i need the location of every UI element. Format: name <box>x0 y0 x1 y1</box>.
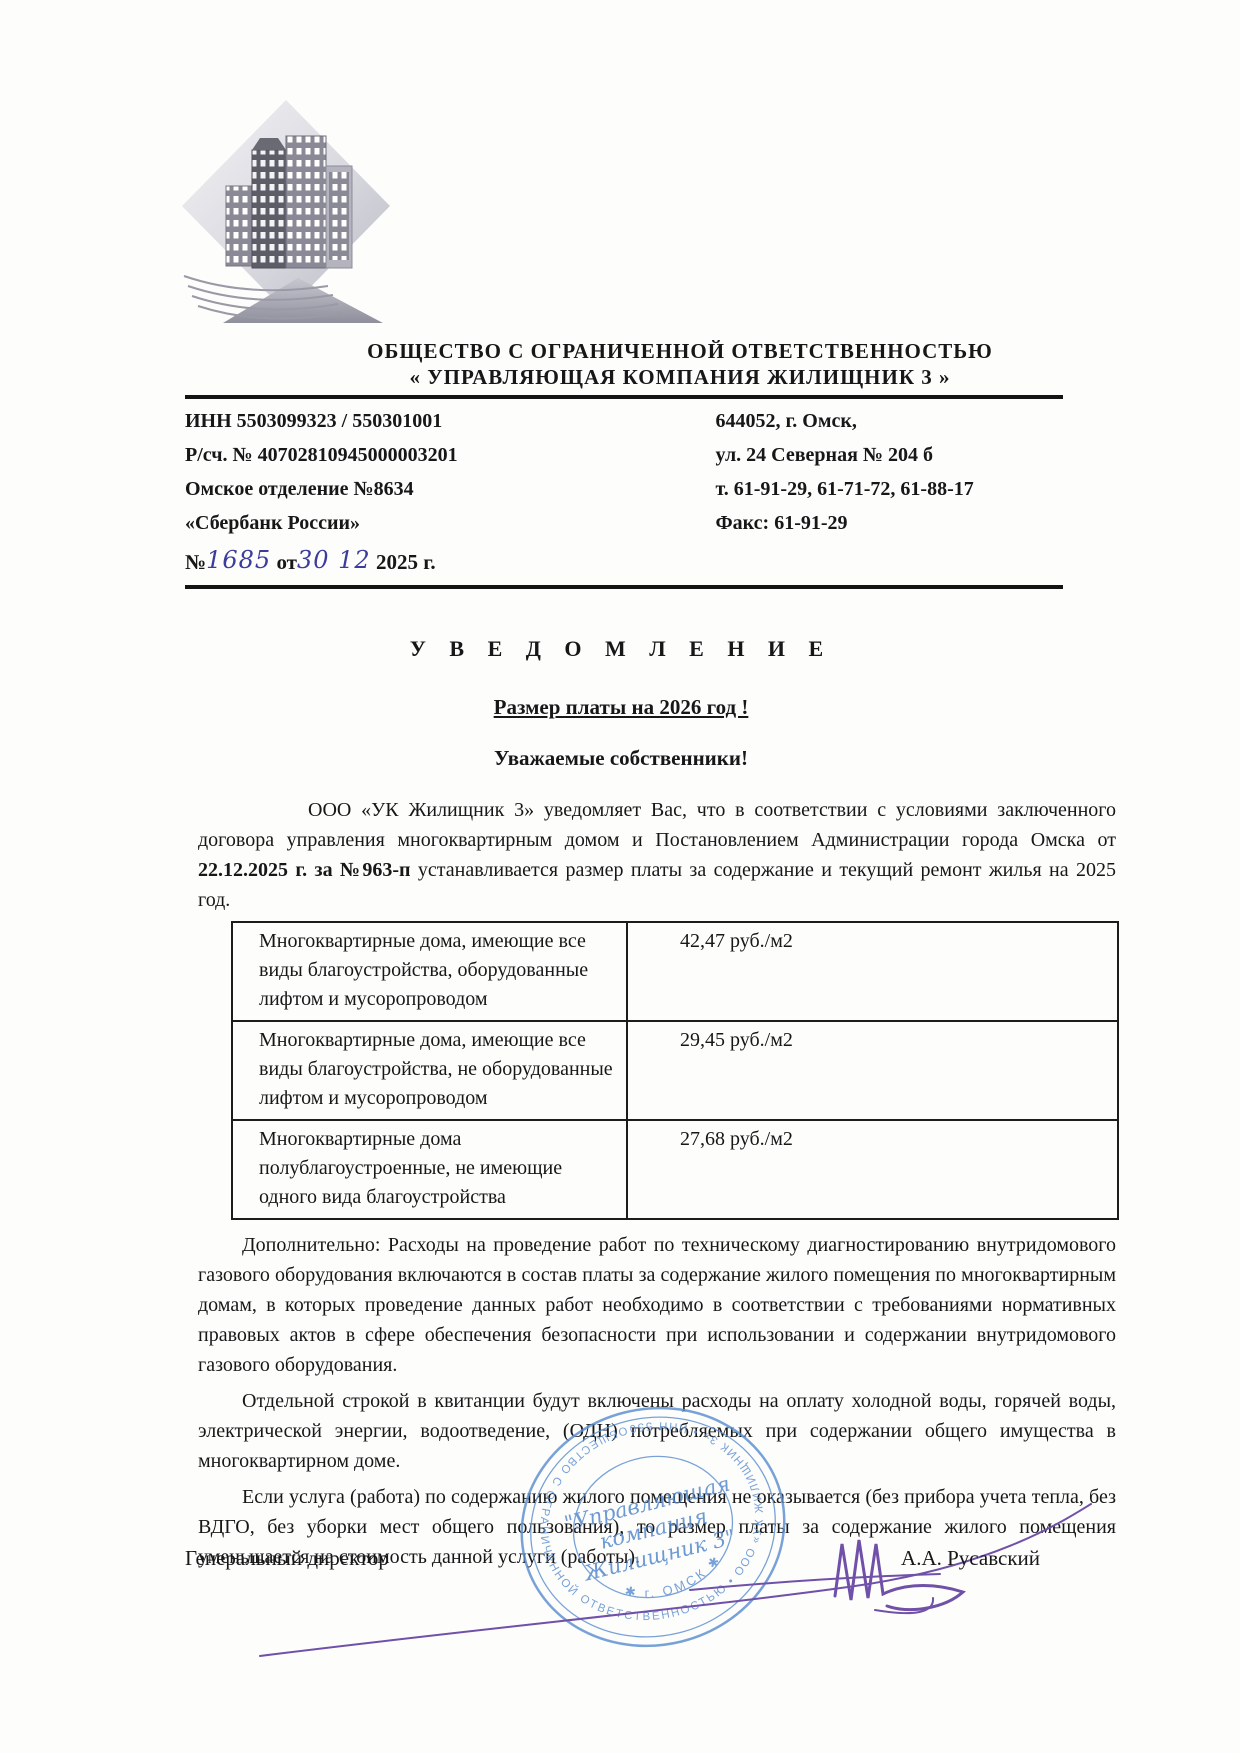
inn-line: ИНН 5503099323 / 550301001 <box>185 404 685 438</box>
intro-paragraph: ООО «УК Жилищник 3» уведомляет Вас, что … <box>198 795 1116 915</box>
house-type-cell: Многоквартирные дома, имеющие все виды б… <box>232 922 627 1021</box>
salutation: Уважаемые собственники! <box>198 746 1116 771</box>
bank-branch-line: Омское отделение №8634 <box>185 472 685 506</box>
rates-table: Многоквартирные дома, имеющие все виды б… <box>231 921 1119 1220</box>
doc-number-line: №1685 от30 12 2025 г. <box>185 543 1063 580</box>
contacts-right: 644052, г. Омск, ул. 24 Северная № 204 б… <box>685 404 1063 540</box>
utilities-paragraph: Отдельной строкой в квитанции будут вклю… <box>198 1386 1116 1476</box>
house-type-cell: Многоквартирные дома, имеющие все виды б… <box>232 1021 627 1120</box>
signature-block: Генеральный директор А.А. Русавский <box>185 1546 1040 1571</box>
notice-title: У В Е Д О М Л Е Н И Е <box>198 636 1116 662</box>
street-line: ул. 24 Северная № 204 б <box>715 438 1063 472</box>
company-logo <box>178 98 398 338</box>
notice-subtitle: Размер платы на 2026 год ! <box>198 695 1116 720</box>
table-row: Многоквартирные дома, имеющие все виды б… <box>232 1021 1118 1120</box>
letterhead: ОБЩЕСТВО С ОГРАНИЧЕННОЙ ОТВЕТСТВЕННОСТЬЮ… <box>185 338 1063 589</box>
org-name-line2: « УПРАВЛЯЮЩАЯ КОМПАНИЯ ЖИЛИЩНИК 3 » <box>185 364 1063 390</box>
intro-text-pre: ООО «УК Жилищник 3» уведомляет Вас, что … <box>198 799 1116 851</box>
additional-paragraph: Дополнительно: Расходы на проведение раб… <box>198 1230 1116 1380</box>
house-type-cell: Многоквартирные дома полублагоустроенные… <box>232 1120 627 1219</box>
postal-city-line: 644052, г. Омск, <box>715 404 1063 438</box>
doc-no-prefix: № <box>185 550 206 574</box>
director-label: Генеральный директор <box>185 1546 389 1571</box>
letter-body: У В Е Д О М Л Е Н И Е Размер платы на 20… <box>198 636 1116 1572</box>
org-name-line1: ОБЩЕСТВО С ОГРАНИЧЕННОЙ ОТВЕТСТВЕННОСТЬЮ <box>185 338 1063 364</box>
letterhead-bottom-rule <box>185 585 1063 589</box>
table-row: Многоквартирные дома полублагоустроенные… <box>232 1120 1118 1219</box>
handwritten-doc-number: 1685 <box>206 546 271 574</box>
table-row: Многоквартирные дома, имеющие все виды б… <box>232 922 1118 1021</box>
phones-line: т. 61-91-29, 61-71-72, 61-88-17 <box>715 472 1063 506</box>
handwritten-doc-date: 30 12 <box>297 546 371 574</box>
doc-no-mid: от <box>276 550 297 574</box>
director-name: А.А. Русавский <box>901 1546 1040 1571</box>
intro-text-bold: 22.12.2025 г. за №963-п <box>198 859 411 881</box>
buildings-logo-icon <box>178 98 398 333</box>
doc-year: 2025 г. <box>376 550 436 574</box>
rate-cell: 29,45 руб./м2 <box>627 1021 1118 1120</box>
document-page: ОБЩЕСТВО С ОГРАНИЧЕННОЙ ОТВЕТСТВЕННОСТЬЮ… <box>0 0 1240 1753</box>
bank-name-line: «Сбербанк России» <box>185 506 685 540</box>
rate-cell: 27,68 руб./м2 <box>627 1120 1118 1219</box>
account-line: Р/сч. № 40702810945000003201 <box>185 438 685 472</box>
rate-cell: 42,47 руб./м2 <box>627 922 1118 1021</box>
requisites-left: ИНН 5503099323 / 550301001 Р/сч. № 40702… <box>185 404 685 540</box>
letterhead-top-rule <box>185 395 1063 399</box>
fax-line: Факс: 61-91-29 <box>715 506 1063 540</box>
